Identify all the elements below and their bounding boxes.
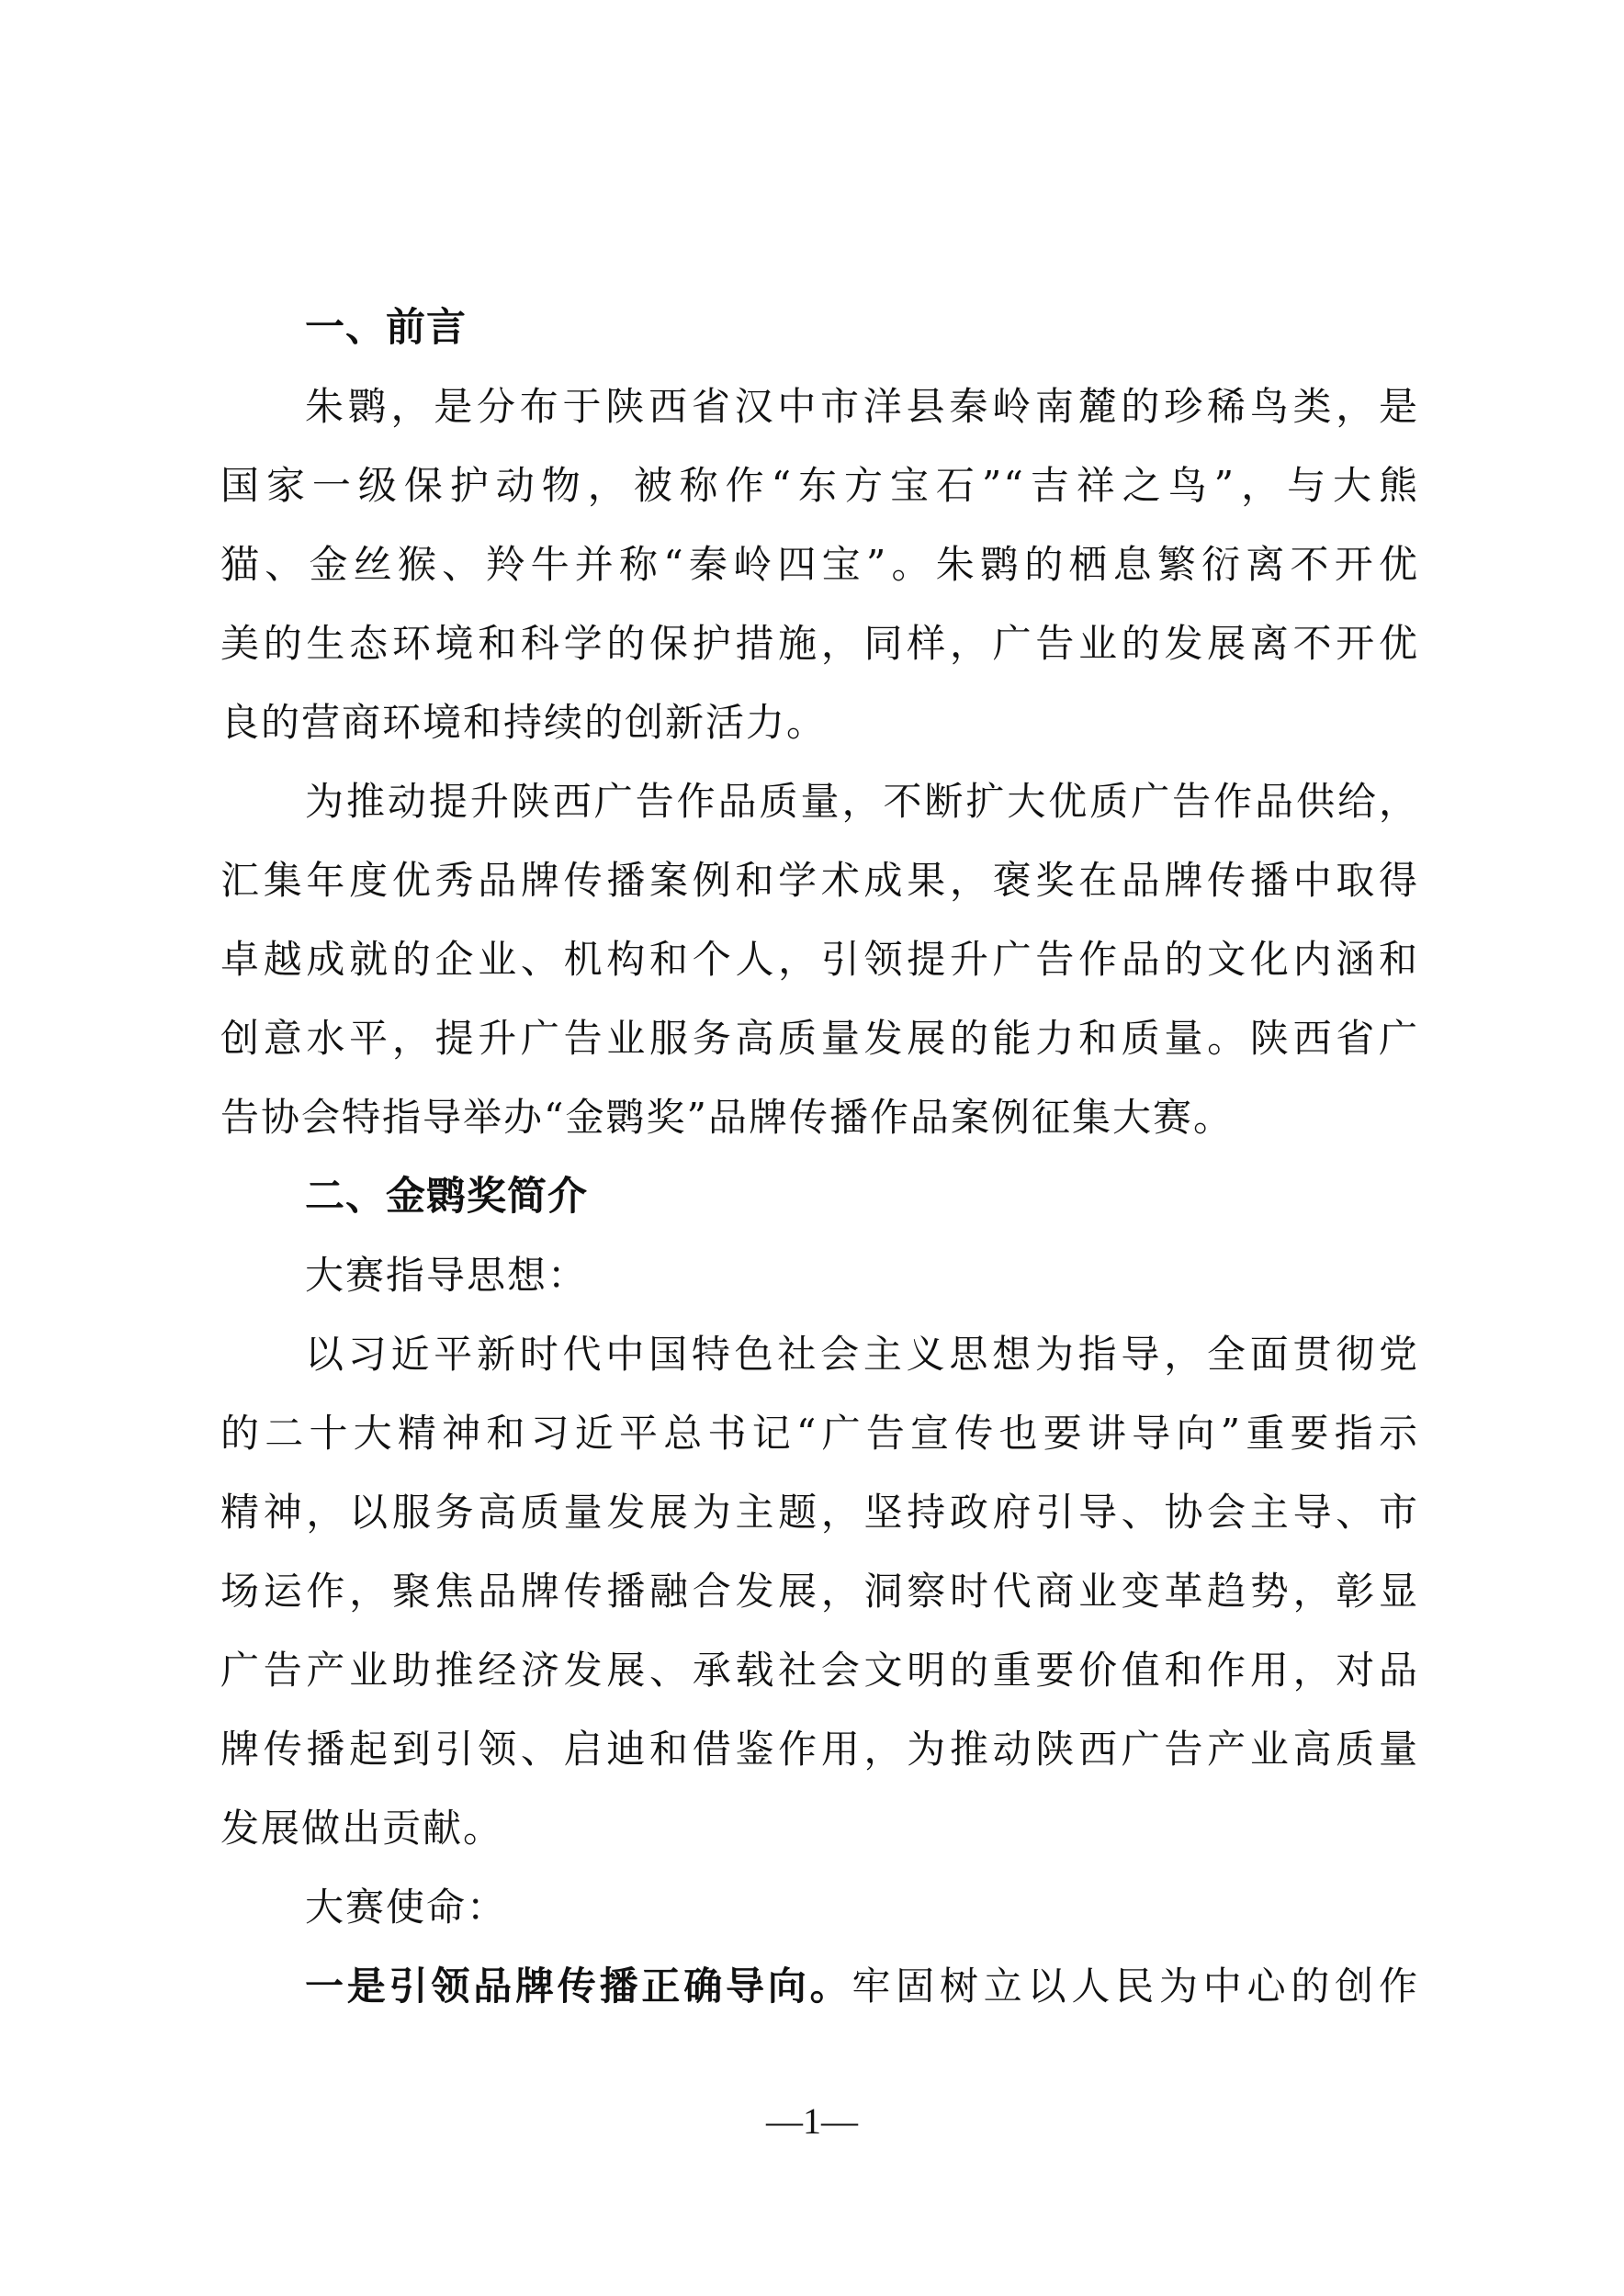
mission-item-1: 一是引领品牌传播正确导向。牢固树立以人民为中心的创作: [220, 1947, 1419, 2026]
paragraph-line: 创意水平，提升广告业服务高质量发展的能力和质量。陕西省广: [220, 999, 1419, 1078]
mission-item-1-title: 一是引领品牌传播正确导向。: [305, 1964, 851, 2009]
section-heading-award-intro: 二、金鹮奖简介: [220, 1157, 1419, 1236]
paragraph-line: 猫、金丝猴、羚牛并称“秦岭四宝”。朱鹮的栖息繁衍离不开优: [220, 525, 1419, 604]
mission-label: 大赛使命：: [220, 1868, 1419, 1947]
paragraph-line: 精神，以服务高质量发展为主题，坚持政府引导、协会主导、市: [220, 1473, 1419, 1552]
page-number: —1—: [0, 2094, 1624, 2149]
paragraph-line: 良的营商环境和持续的创新活力。: [220, 683, 1419, 762]
paragraph-line: 朱鹮，是分布于陕西省汉中市洋县秦岭南麓的珍稀鸟类，是: [220, 367, 1419, 446]
paragraph-line: 汇集年度优秀品牌传播案例和学术成果，褒奖在品牌传播中取得: [220, 841, 1419, 920]
guiding-ideology-label: 大赛指导思想：: [220, 1236, 1419, 1315]
paragraph-line: 国家一级保护动物，被称作“东方宝石”“吉祥之鸟”，与大熊: [220, 446, 1419, 525]
paragraph-line: 广告产业助推经济发展、承载社会文明的重要价值和作用，对品: [220, 1631, 1419, 1710]
paragraph-line: 卓越成就的企业、机构和个人，引领提升广告作品的文化内涵和: [220, 920, 1419, 999]
paragraph-line: 为推动提升陕西广告作品质量，不断扩大优质广告作品供给，: [220, 762, 1419, 841]
mission-item-1-text: 牢固树立以人民为中心的创作: [851, 1964, 1419, 2009]
paragraph-line: 以习近平新时代中国特色社会主义思想为指导，全面贯彻党: [220, 1315, 1419, 1394]
paragraph-line: 发展做出贡献。: [220, 1789, 1419, 1868]
section-heading-preface: 一、前言: [220, 288, 1419, 367]
preface-paragraph-2: 为推动提升陕西广告作品质量，不断扩大优质广告作品供给， 汇集年度优秀品牌传播案例…: [220, 762, 1419, 1157]
paragraph-line: 美的生态环境和科学的保护措施，同样，广告业的发展离不开优: [220, 604, 1419, 683]
paragraph-line: 的二十大精神和习近平总书记“广告宣传也要讲导向”重要指示: [220, 1394, 1419, 1473]
paragraph-line: 牌传播起到引领、启迪和借鉴作用，为推动陕西广告产业高质量: [220, 1710, 1419, 1789]
paragraph-line: 告协会特指导举办“金鹮奖”品牌传播作品案例征集大赛。: [220, 1078, 1419, 1157]
guiding-ideology-paragraph: 以习近平新时代中国特色社会主义思想为指导，全面贯彻党 的二十大精神和习近平总书记…: [220, 1315, 1419, 1868]
paragraph-line: 场运作，聚焦品牌传播融合发展，洞察时代商业变革趋势，彰显: [220, 1552, 1419, 1631]
preface-paragraph-1: 朱鹮，是分布于陕西省汉中市洋县秦岭南麓的珍稀鸟类，是 国家一级保护动物，被称作“…: [220, 367, 1419, 762]
document-page: 一、前言 朱鹮，是分布于陕西省汉中市洋县秦岭南麓的珍稀鸟类，是 国家一级保护动物…: [220, 288, 1419, 2026]
